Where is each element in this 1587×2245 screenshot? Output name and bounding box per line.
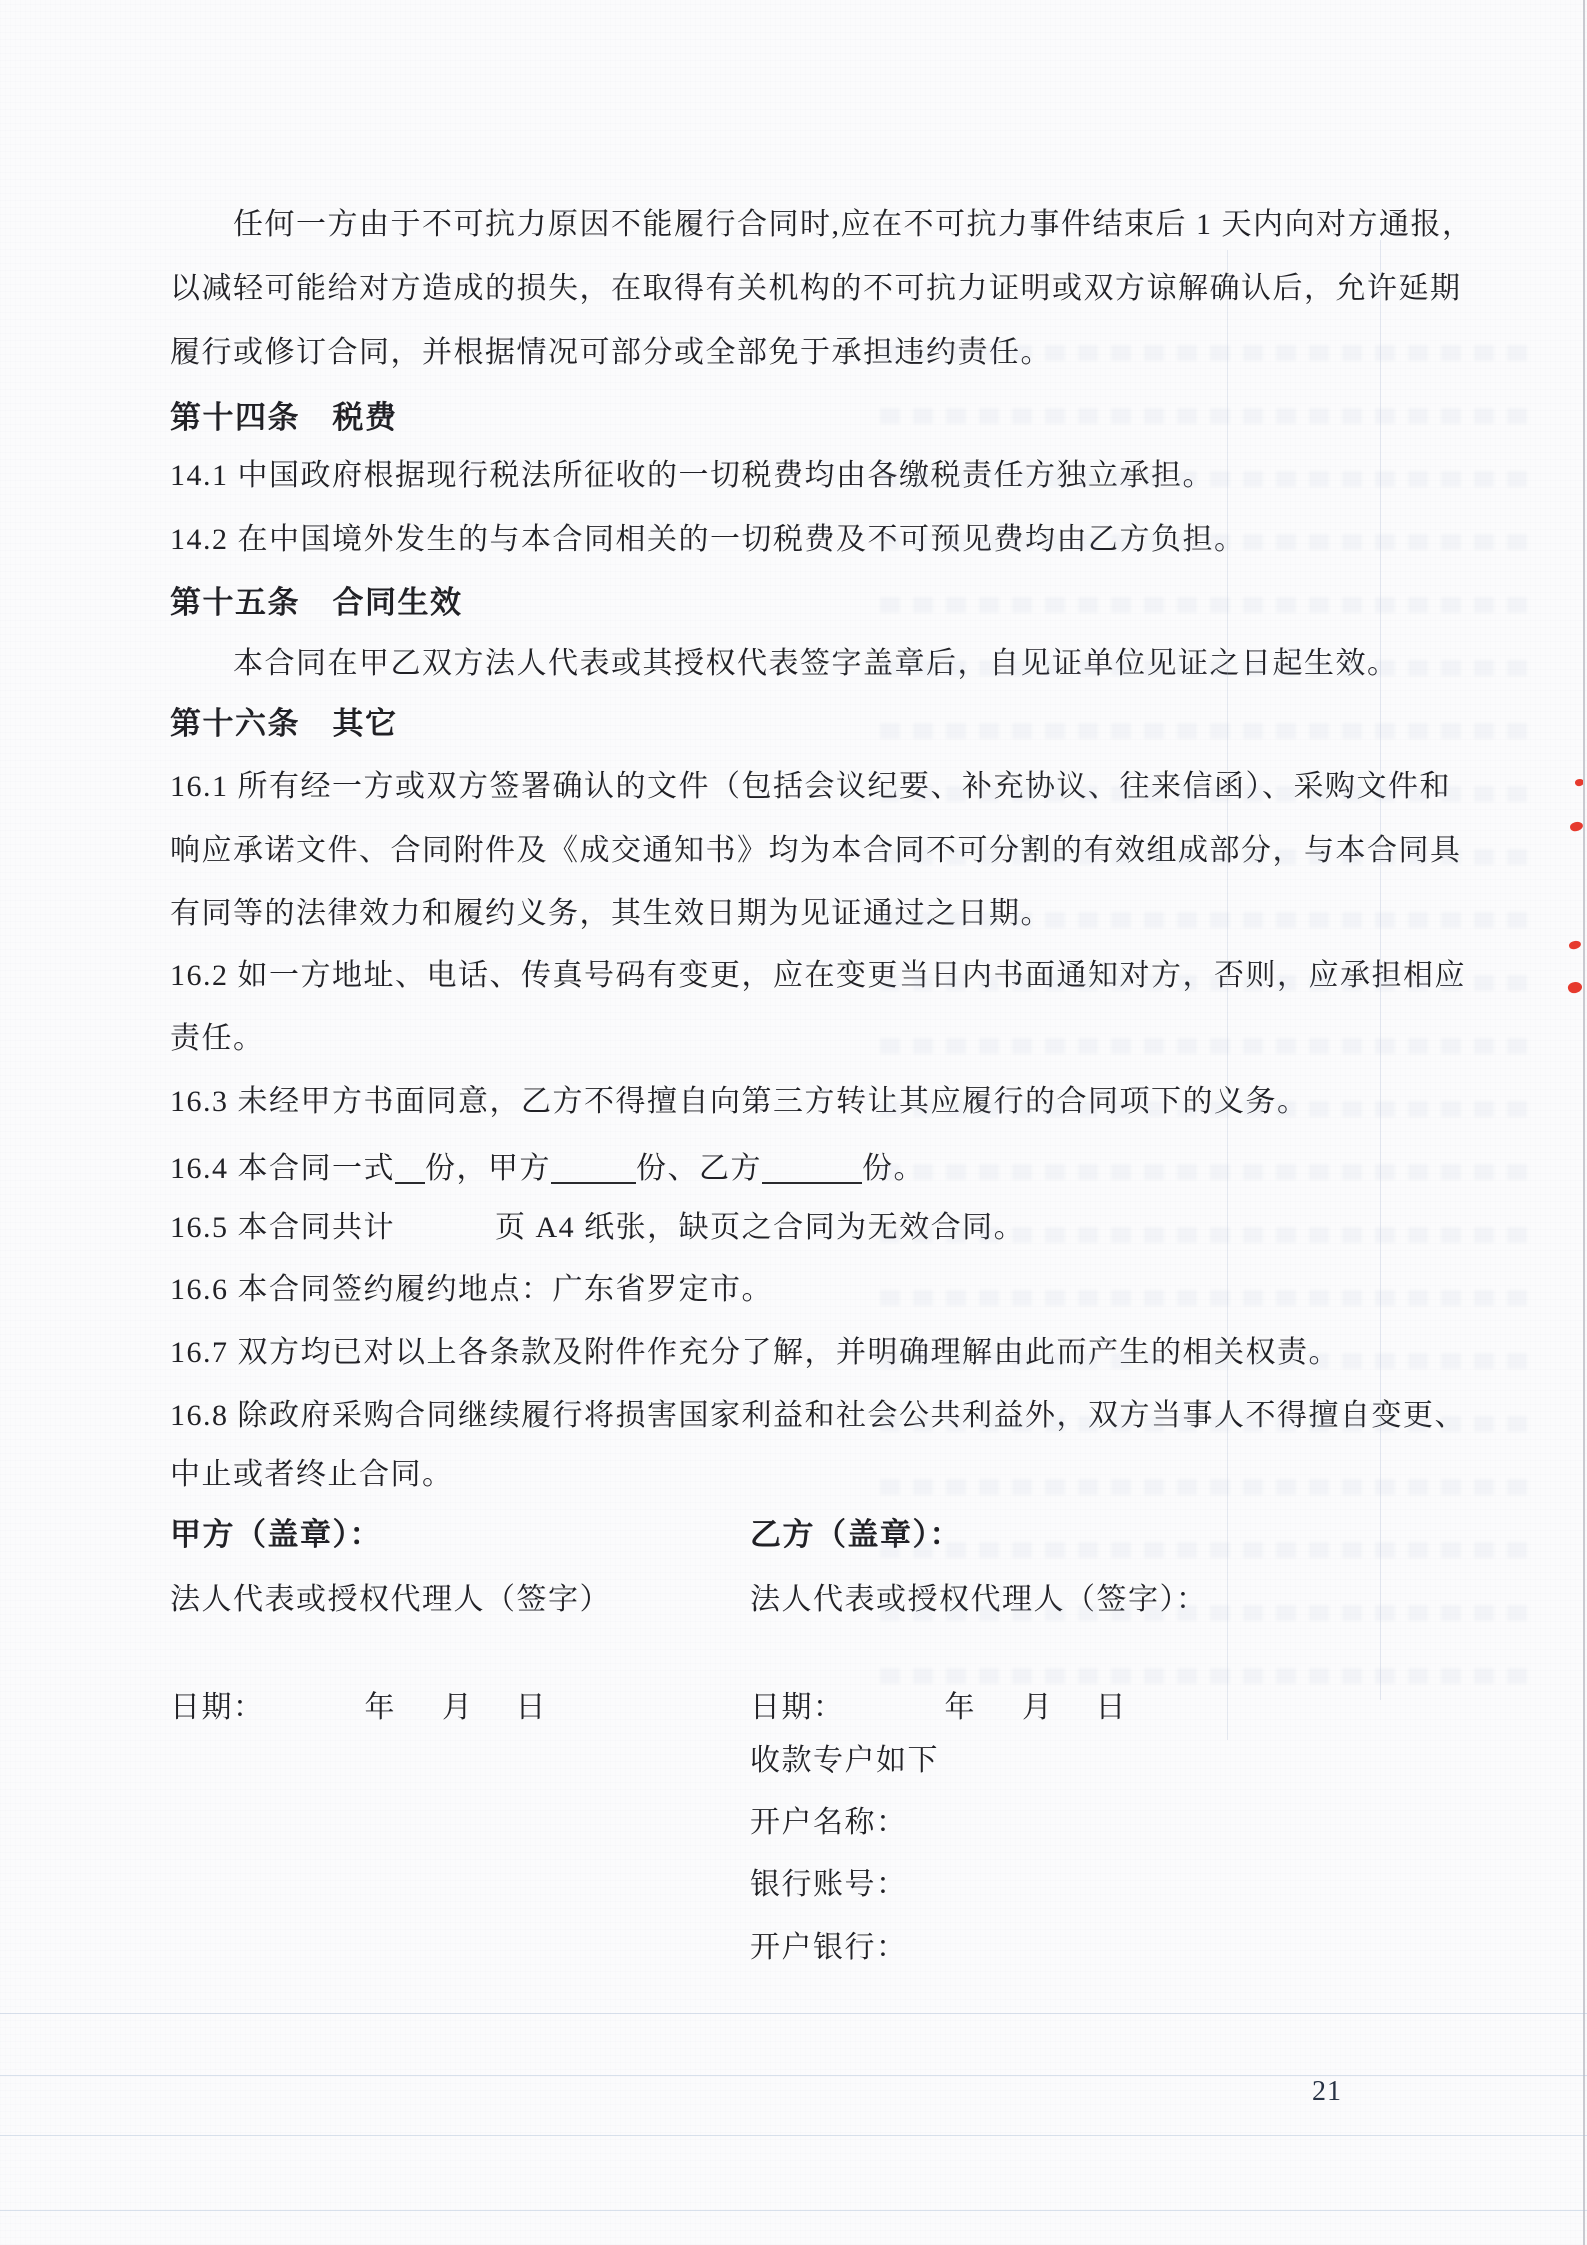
- line-segment: 月: [442, 1688, 474, 1728]
- article-14-heading: 第十四条 税费: [170, 398, 398, 438]
- bleed-through-rule-line: [0, 2075, 1587, 2076]
- fill-in-blank: [762, 1152, 862, 1184]
- party-b-seal-label: 乙方（盖章）：: [750, 1515, 962, 1555]
- party-a-seal-label: 甲方（盖章）：: [170, 1515, 382, 1555]
- clause-16-1-line-1: 16.1 所有经一方或双方签署确认的文件（包括会议纪要、补充协议、往来信函）、采…: [170, 767, 1451, 807]
- article-15-heading: 第十五条 合同生效: [170, 583, 463, 623]
- clause-14-1: 14.1 中国政府根据现行税法所征收的一切税费均由各缴税责任方独立承担。: [170, 456, 1214, 496]
- force-majeure-line-1: 任何一方由于不可抗力原因不能履行合同时,应在不可抗力事件结束后 1 天内向对方通…: [233, 205, 1474, 245]
- page-edge-line: [1583, 0, 1585, 2245]
- red-ink-speck-artifact: [1567, 980, 1584, 995]
- clause-16-8-line-2: 中止或者终止合同。: [170, 1455, 454, 1495]
- line-segment: 16.4 本合同一式: [170, 1149, 395, 1189]
- fill-in-blank: [551, 1152, 636, 1184]
- bleed-through-text-artifact: [880, 1164, 1540, 1180]
- line-segment: 份、乙方: [636, 1149, 762, 1189]
- bleed-through-rule-line: [0, 2210, 1587, 2211]
- party-b-date-line: 日期：年月日: [750, 1688, 1127, 1728]
- clause-16-2-line-1: 16.2 如一方地址、电话、传真号码有变更，应在变更当日内书面通知对方，否则，应…: [170, 956, 1466, 996]
- clause-16-7: 16.7 双方均已对以上各条款及附件作充分了解，并明确理解由此而产生的相关权责。: [170, 1333, 1340, 1373]
- line-segment: 日: [1096, 1688, 1128, 1728]
- bleed-through-text-artifact: [880, 1290, 1540, 1306]
- receiving-account-intro: 收款专户如下: [750, 1741, 939, 1781]
- line-segment: 年: [945, 1688, 977, 1728]
- scanned-contract-page: 任何一方由于不可抗力原因不能履行合同时,应在不可抗力事件结束后 1 天内向对方通…: [0, 0, 1587, 2245]
- party-a-rep-label: 法人代表或授权代理人（签字）: [170, 1580, 611, 1620]
- account-name-label: 开户名称：: [750, 1803, 908, 1843]
- line-segment: 月: [1022, 1688, 1054, 1728]
- line-segment: 日: [516, 1688, 548, 1728]
- bank-account-number-label: 银行账号：: [750, 1865, 908, 1905]
- bleed-through-text-artifact: [880, 1038, 1540, 1054]
- clause-16-4: 16.4 本合同一式份，甲方份、乙方份。: [170, 1146, 925, 1189]
- line-segment: 份。: [862, 1149, 925, 1189]
- bleed-through-text-artifact: [880, 1542, 1540, 1558]
- party-a-date-line: 日期：年月日: [170, 1688, 547, 1728]
- clause-16-3: 16.3 未经甲方书面同意，乙方不得擅自向第三方转让其应履行的合同项下的义务。: [170, 1082, 1309, 1122]
- article-16-heading: 第十六条 其它: [170, 704, 398, 744]
- line-segment: 16.5 本合同共计: [170, 1208, 395, 1248]
- clause-16-1-line-3: 有同等的法律效力和履约义务，其生效日期为见证通过之日期。: [170, 894, 1052, 934]
- bleed-through-text-artifact: [880, 723, 1540, 739]
- red-ink-speck-artifact: [1574, 778, 1585, 787]
- red-ink-speck-artifact: [1568, 939, 1582, 950]
- line-segment: 页 A4 纸张，缺页之合同为无效合同。: [495, 1208, 1025, 1248]
- line-segment: 份，甲方: [425, 1149, 551, 1189]
- line-segment: 年: [365, 1688, 397, 1728]
- clause-14-2: 14.2 在中国境外发生的与本合同相关的一切税费及不可预见费均由乙方负担。: [170, 520, 1246, 560]
- bank-name-label: 开户银行：: [750, 1928, 908, 1968]
- bleed-through-text-artifact: [880, 597, 1540, 613]
- bleed-through-rule-line: [0, 2013, 1587, 2014]
- line-segment: 日期：: [170, 1688, 265, 1728]
- clause-16-1-line-2: 响应承诺文件、合同附件及《成交通知书》均为本合同不可分割的有效组成部分，与本合同…: [170, 831, 1462, 871]
- clause-16-2-line-2: 责任。: [170, 1019, 265, 1059]
- clause-15-1: 本合同在甲乙双方法人代表或其授权代表签字盖章后，自见证单位见证之日起生效。: [233, 644, 1399, 684]
- clause-16-5: 16.5 本合同共计页 A4 纸张，缺页之合同为无效合同。: [170, 1208, 1025, 1248]
- bleed-through-text-artifact: [880, 1668, 1540, 1684]
- page-number: 21: [1312, 2076, 1342, 2108]
- red-ink-speck-artifact: [1569, 820, 1584, 833]
- fill-in-blank: [395, 1152, 425, 1184]
- force-majeure-line-3: 履行或修订合同，并根据情况可部分或全部免于承担违约责任。: [170, 333, 1052, 373]
- clause-16-8-line-1: 16.8 除政府采购合同继续履行将损害国家利益和社会公共利益外，双方当事人不得擅…: [170, 1396, 1466, 1436]
- line-segment: 日期：: [750, 1688, 845, 1728]
- bleed-through-rule-line: [0, 2135, 1587, 2136]
- party-b-rep-label: 法人代表或授权代理人（签字）：: [750, 1580, 1208, 1620]
- bleed-through-text-artifact: [880, 1479, 1540, 1495]
- bleed-through-text-artifact: [880, 408, 1540, 424]
- force-majeure-line-2: 以减轻可能给对方造成的损失，在取得有关机构的不可抗力证明或双方谅解确认后，允许延…: [170, 269, 1462, 309]
- clause-16-6: 16.6 本合同签约履约地点：广东省罗定市。: [170, 1270, 773, 1310]
